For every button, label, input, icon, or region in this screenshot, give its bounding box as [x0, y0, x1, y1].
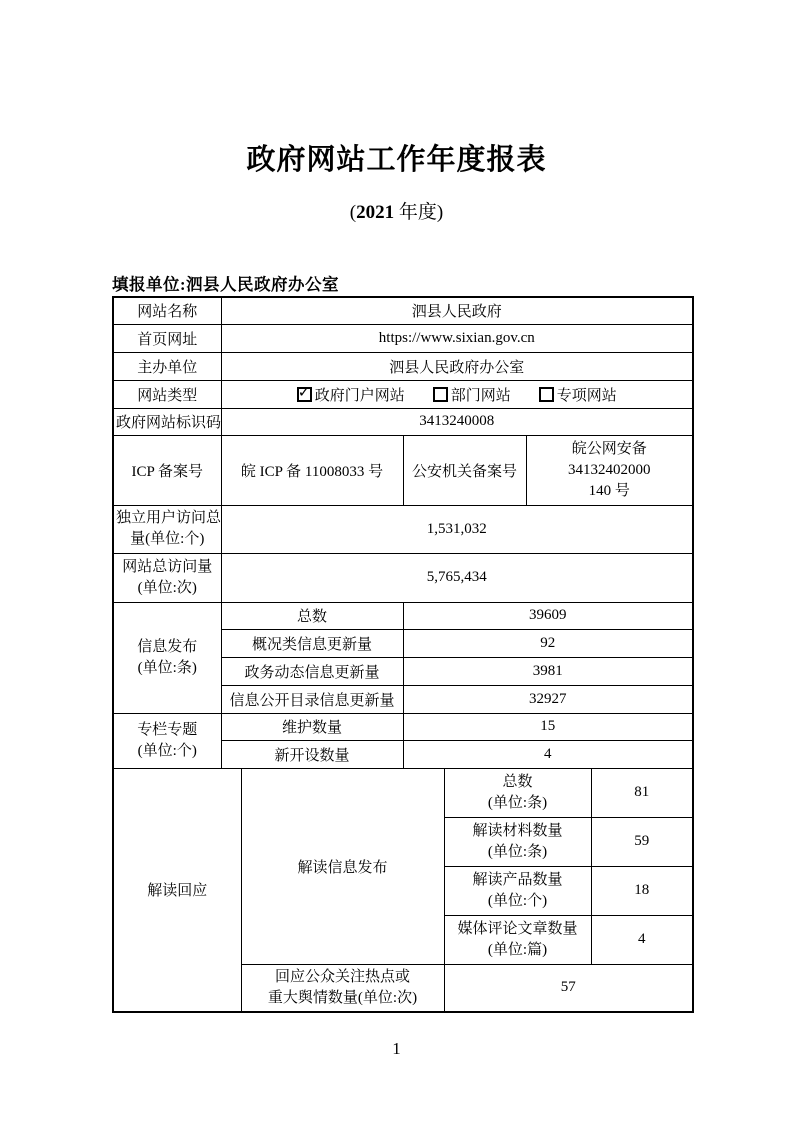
homepage-url-cell: https://www.sixian.gov.cn — [221, 324, 693, 352]
page-number: 1 — [0, 1039, 793, 1059]
site-name-value-cell: 泗县人民政府 — [221, 297, 693, 324]
interpret-sub-label-cell: 媒体评论文章数量 (单位:篇) — [444, 915, 591, 964]
special-topics-value-cell: 4 — [403, 740, 693, 768]
label-line: (单位:篇) — [447, 940, 589, 961]
label-line: 解读材料数量 — [447, 821, 589, 842]
site-type-option-portal: 政府门户网站 — [297, 384, 405, 405]
row-icp: ICP 备案号 皖 ICP 备 11008033 号 公安机关备案号 皖公网安备… — [113, 435, 693, 505]
public-response-value-cell: 57 — [444, 964, 693, 1012]
icp-label-cell: ICP 备案号 — [113, 435, 221, 505]
site-type-option-special: 专项网站 — [539, 384, 617, 405]
label-line: (单位:个) — [447, 891, 589, 912]
special-topics-value-cell: 15 — [403, 713, 693, 740]
public-response-label-cell: 回应公众关注热点或 重大舆情数量(单位:次) — [241, 964, 444, 1012]
host-unit-label-cell: 主办单位 — [113, 352, 221, 380]
site-type-option-label: 专项网站 — [557, 384, 617, 405]
interpret-sub-label-cell: 解读材料数量 (单位:条) — [444, 817, 591, 866]
interpret-sub-label-cell: 总数 (单位:条) — [444, 768, 591, 817]
label-line: 回应公众关注热点或 — [244, 967, 442, 988]
page-title: 政府网站工作年度报表 — [0, 137, 793, 178]
checkbox-unchecked-icon — [433, 387, 448, 402]
row-info-publish-total: 信息发布 (单位:条) 总数 39609 — [113, 602, 693, 629]
label-line: 量(单位:个) — [116, 529, 219, 550]
interpret-group-cell: 解读回应 — [113, 768, 241, 1012]
row-site-name: 网站名称 泗县人民政府 — [113, 297, 693, 324]
document-page: 政府网站工作年度报表 (2021 年度) 填报单位:泗县人民政府办公室 网站名称… — [0, 0, 793, 1122]
reporting-unit-line: 填报单位:泗县人民政府办公室 — [112, 271, 339, 295]
info-publish-sub-label-cell: 信息公开目录信息更新量 — [221, 685, 403, 713]
interpret-value-cell: 81 — [591, 768, 693, 817]
site-code-label-cell: 政府网站标识码 — [113, 408, 221, 435]
total-visits-value-cell: 5,765,434 — [221, 553, 693, 602]
label-line: (单位:条) — [447, 793, 589, 814]
site-type-option-label: 政府门户网站 — [315, 384, 405, 405]
checkbox-checked-icon — [297, 387, 312, 402]
label-line: (单位:次) — [116, 578, 219, 599]
unique-visitors-value-cell: 1,531,032 — [221, 505, 693, 553]
subtitle-rest: 年度) — [394, 202, 443, 223]
label-line: 独立用户访问总 — [116, 508, 219, 529]
row-total-visits: 网站总访问量 (单位:次) 5,765,434 — [113, 553, 693, 602]
label-line: 总数 — [447, 772, 589, 793]
info-publish-value-cell: 32927 — [403, 685, 693, 713]
reporting-unit-label: 填报单位: — [112, 275, 186, 294]
label-line: 解读产品数量 — [447, 870, 589, 891]
police-filing-label-cell: 公安机关备案号 — [403, 435, 526, 505]
label-line: (单位:个) — [116, 741, 219, 762]
label-line: 媒体评论文章数量 — [447, 919, 589, 940]
report-table: 网站名称 泗县人民政府 首页网址 https://www.sixian.gov.… — [112, 296, 694, 1013]
police-filing-value-cell: 皖公网安备 34132402000 140 号 — [526, 435, 693, 505]
row-interpret-total: 解读回应 解读信息发布 总数 (单位:条) 81 — [113, 768, 693, 817]
site-code-value-cell: 3413240008 — [221, 408, 693, 435]
label-line: 重大舆情数量(单位:次) — [244, 988, 442, 1009]
police-filing-line: 皖公网安备 — [529, 439, 691, 460]
special-topics-sub-label-cell: 维护数量 — [221, 713, 403, 740]
site-type-options-cell: 政府门户网站 部门网站 专项网站 — [221, 380, 693, 408]
host-unit-value-cell: 泗县人民政府办公室 — [221, 352, 693, 380]
interpret-publish-cell: 解读信息发布 — [241, 768, 444, 964]
row-host-unit: 主办单位 泗县人民政府办公室 — [113, 352, 693, 380]
interpret-value-cell: 18 — [591, 866, 693, 915]
site-type-option-label: 部门网站 — [451, 384, 511, 405]
site-type-label-cell: 网站类型 — [113, 380, 221, 408]
checkbox-unchecked-icon — [539, 387, 554, 402]
icp-value-cell: 皖 ICP 备 11008033 号 — [221, 435, 403, 505]
row-homepage: 首页网址 https://www.sixian.gov.cn — [113, 324, 693, 352]
info-publish-value-cell: 39609 — [403, 602, 693, 629]
police-filing-line: 140 号 — [529, 481, 691, 502]
subtitle-year: 2021 — [356, 202, 394, 223]
info-publish-value-cell: 92 — [403, 629, 693, 657]
total-visits-label-cell: 网站总访问量 (单位:次) — [113, 553, 221, 602]
info-publish-sub-label-cell: 概况类信息更新量 — [221, 629, 403, 657]
site-type-options: 政府门户网站 部门网站 专项网站 — [224, 384, 691, 405]
label-line: (单位:条) — [116, 658, 219, 679]
site-name-label-cell: 网站名称 — [113, 297, 221, 324]
special-topics-group-cell: 专栏专题 (单位:个) — [113, 713, 221, 768]
label-line: 信息发布 — [116, 637, 219, 658]
info-publish-sub-label-cell: 政务动态信息更新量 — [221, 657, 403, 685]
label-line: (单位:条) — [447, 842, 589, 863]
row-special-topics-maintained: 专栏专题 (单位:个) 维护数量 15 — [113, 713, 693, 740]
special-topics-sub-label-cell: 新开设数量 — [221, 740, 403, 768]
interpret-sub-label-cell: 解读产品数量 (单位:个) — [444, 866, 591, 915]
police-filing-line: 34132402000 — [529, 460, 691, 481]
doc-subtitle: (2021 年度) — [0, 197, 793, 224]
reporting-unit-value: 泗县人民政府办公室 — [186, 275, 339, 294]
label-line: 网站总访问量 — [116, 557, 219, 578]
info-publish-sub-label-cell: 总数 — [221, 602, 403, 629]
site-type-option-department: 部门网站 — [433, 384, 511, 405]
interpret-value-cell: 59 — [591, 817, 693, 866]
row-site-type: 网站类型 政府门户网站 部门网站 专项网站 — [113, 380, 693, 408]
info-publish-group-cell: 信息发布 (单位:条) — [113, 602, 221, 713]
label-line: 专栏专题 — [116, 720, 219, 741]
row-unique-visitors: 独立用户访问总 量(单位:个) 1,531,032 — [113, 505, 693, 553]
info-publish-value-cell: 3981 — [403, 657, 693, 685]
interpret-value-cell: 4 — [591, 915, 693, 964]
row-site-code: 政府网站标识码 3413240008 — [113, 408, 693, 435]
unique-visitors-label-cell: 独立用户访问总 量(单位:个) — [113, 505, 221, 553]
homepage-label-cell: 首页网址 — [113, 324, 221, 352]
